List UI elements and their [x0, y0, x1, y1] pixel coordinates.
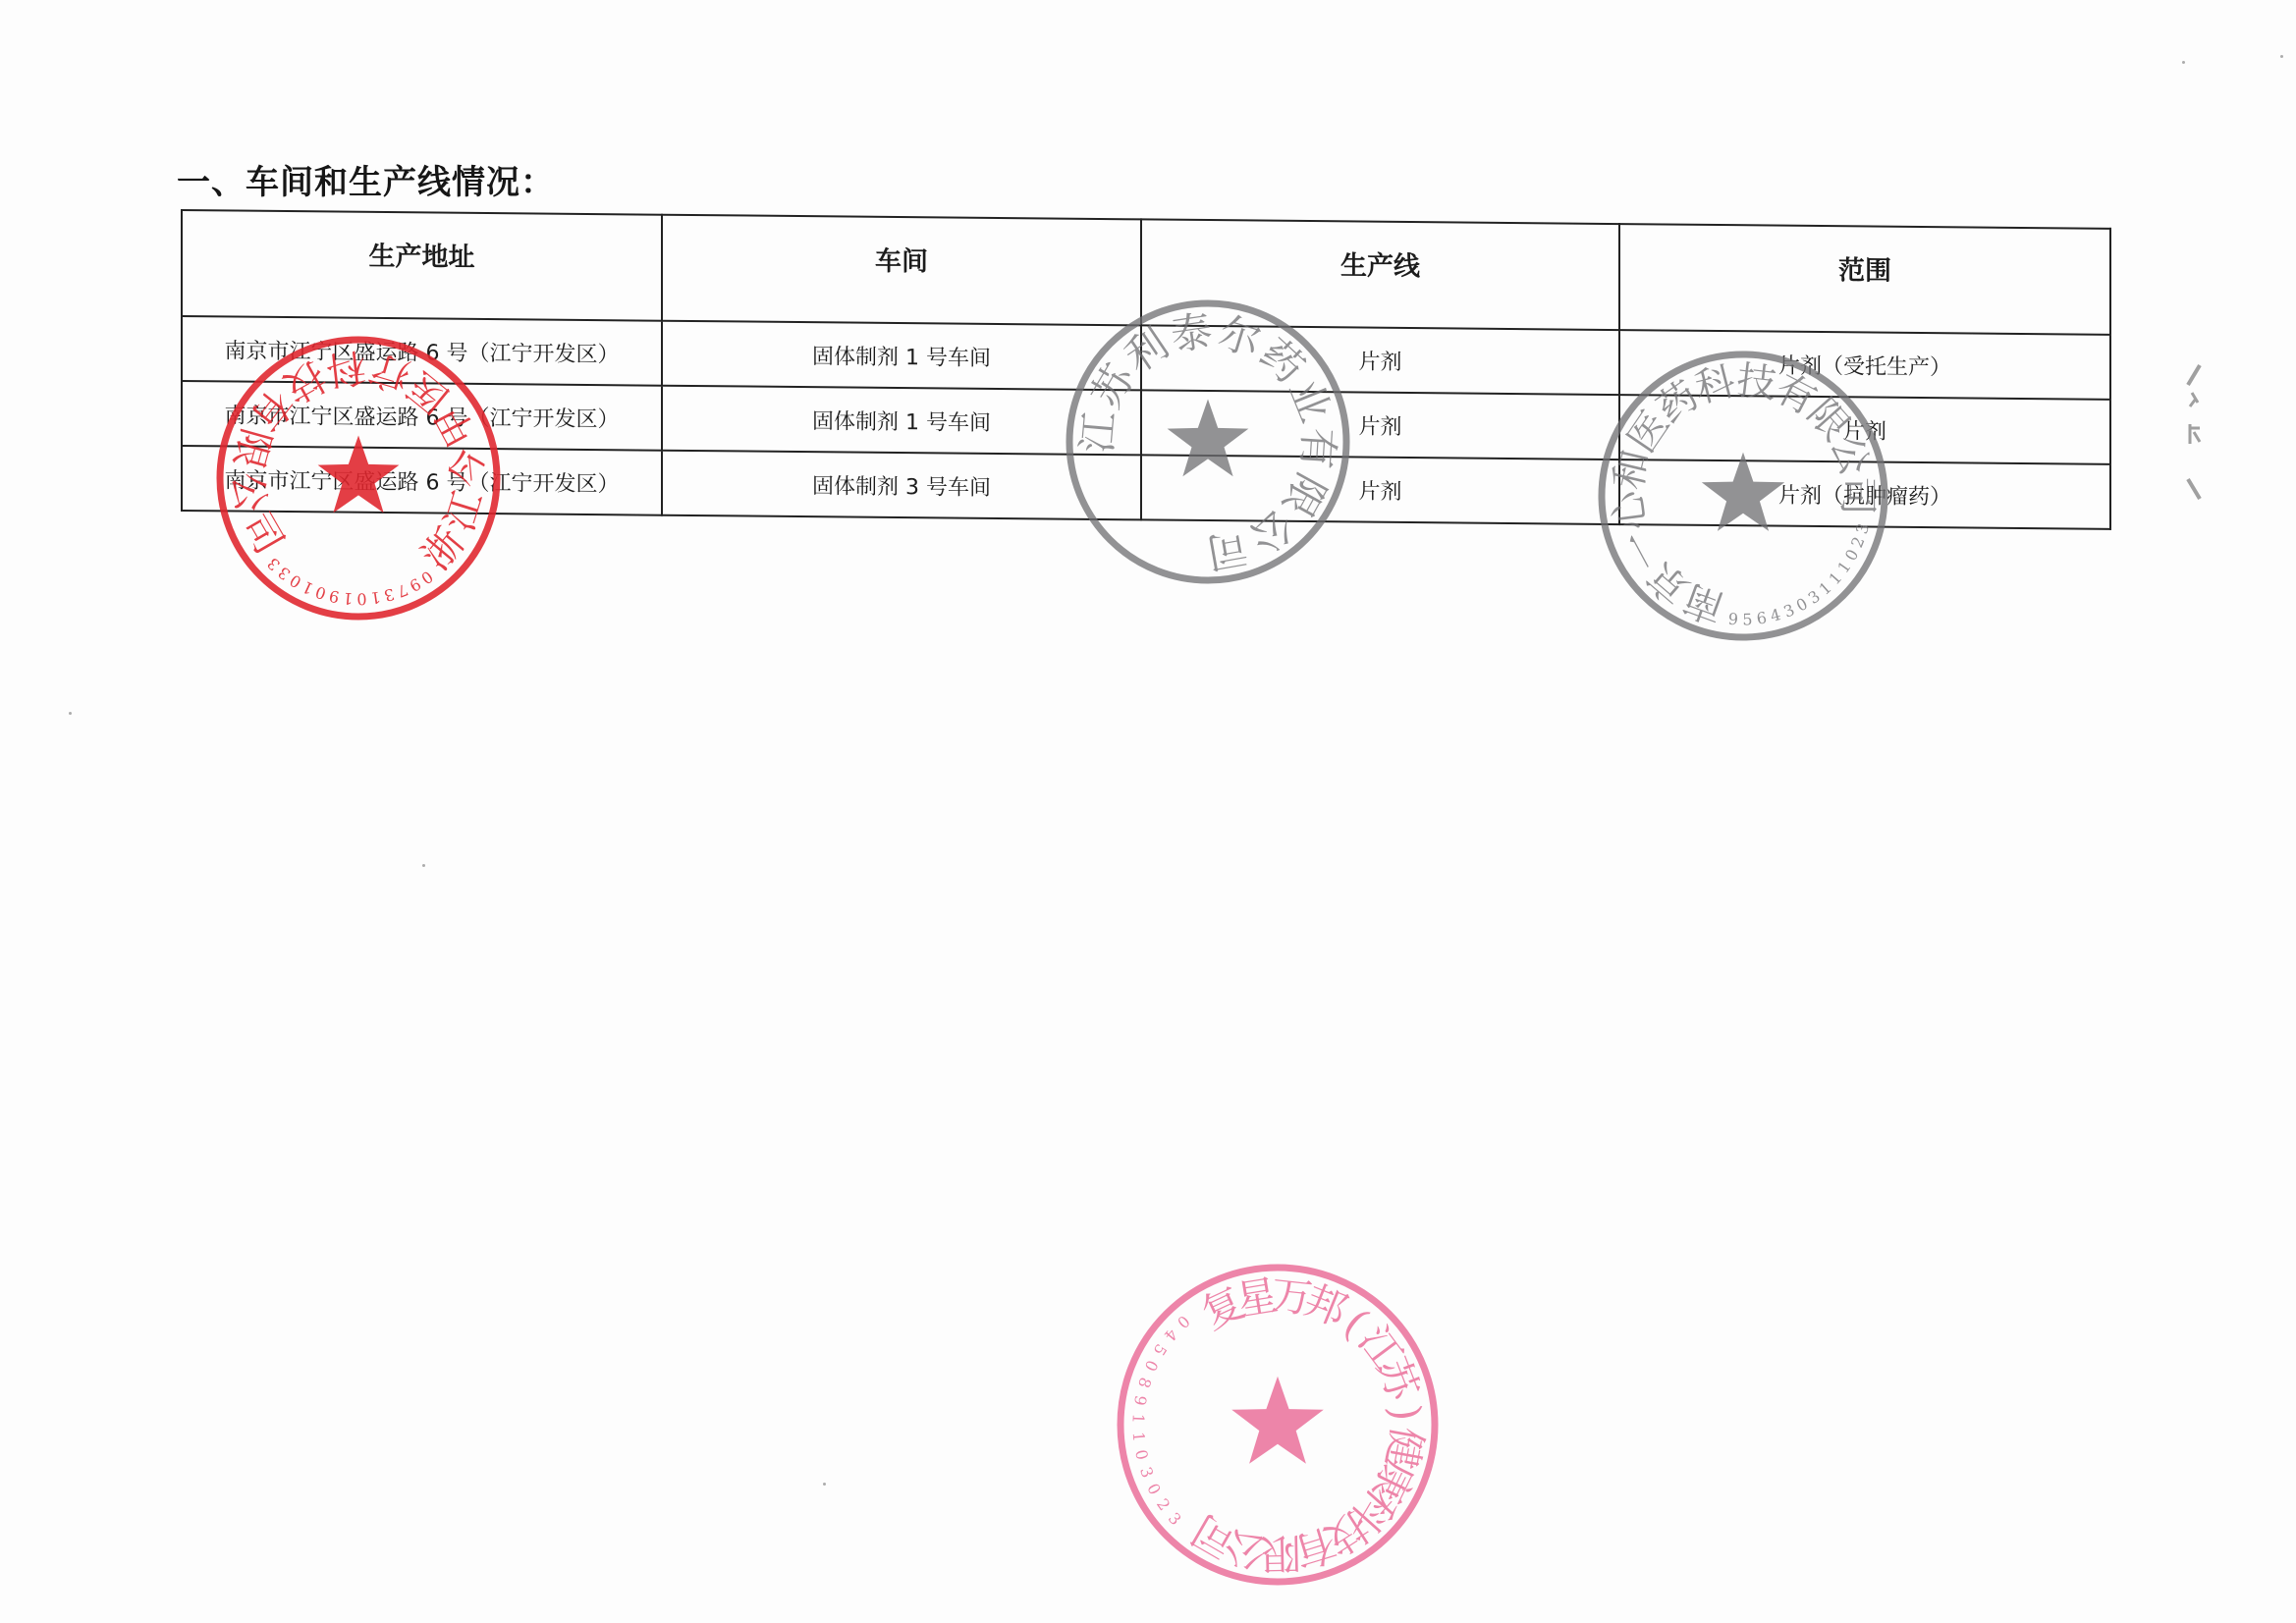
svg-text:3: 3 [274, 563, 294, 583]
svg-text:): ) [1381, 1402, 1430, 1423]
svg-text:0: 0 [356, 589, 367, 608]
svg-text:一: 一 [1613, 522, 1671, 578]
svg-text:0: 0 [1141, 1357, 1163, 1374]
cell-scope: 片剂（受托生产） [1619, 330, 2110, 400]
header-workshop: 车间 [662, 215, 1141, 326]
header-scope: 范围 [1619, 224, 2110, 335]
svg-text:0: 0 [1174, 1312, 1193, 1332]
svg-text:1: 1 [1833, 558, 1854, 576]
svg-text:1: 1 [342, 589, 354, 609]
svg-text:8: 8 [1134, 1376, 1155, 1390]
svg-text:5: 5 [1742, 610, 1753, 628]
cell-scope: 片剂（抗肿瘤药） [1619, 460, 2110, 529]
svg-text:浙: 浙 [413, 519, 473, 578]
svg-text:9: 9 [407, 574, 424, 596]
cell-workshop: 固体制剂 3 号车间 [662, 451, 1141, 520]
cell-line: 片剂 [1141, 455, 1619, 524]
header-production-address: 生产地址 [182, 210, 662, 321]
svg-text:0: 0 [1793, 594, 1811, 616]
svg-text:2: 2 [1153, 1495, 1174, 1514]
scan-speck [2182, 61, 2185, 64]
svg-text:1: 1 [1129, 1431, 1149, 1442]
svg-text:健: 健 [1377, 1423, 1432, 1472]
cell-line: 片剂 [1141, 390, 1619, 460]
svg-text:3: 3 [1805, 586, 1824, 607]
cell-address: 南京市江宁区盛运路 6 号（江宁开发区） [182, 316, 662, 386]
svg-text:1: 1 [1825, 568, 1845, 588]
svg-text:2: 2 [1847, 534, 1868, 551]
svg-text:(: ( [1336, 1299, 1378, 1347]
svg-text:3: 3 [263, 554, 284, 574]
svg-text:星: 星 [1232, 1271, 1281, 1325]
svg-text:4: 4 [1769, 605, 1783, 625]
svg-text:1: 1 [369, 588, 382, 608]
svg-text:江: 江 [1349, 1317, 1412, 1379]
svg-text:康: 康 [1362, 1452, 1423, 1510]
svg-text:司: 司 [1202, 523, 1251, 578]
svg-text:3: 3 [382, 584, 397, 605]
partial-seal-edge-mark [2182, 363, 2206, 501]
svg-text:司: 司 [1183, 1505, 1243, 1567]
svg-text:0: 0 [313, 582, 329, 603]
cell-scope: 片剂 [1619, 395, 2110, 464]
svg-text:7: 7 [395, 580, 410, 601]
svg-text:科: 科 [1342, 1479, 1406, 1542]
cell-address: 南京市江宁区盛运路 6 号（江宁开发区） [182, 446, 662, 515]
svg-text:4: 4 [1161, 1325, 1181, 1345]
svg-text:苏: 苏 [1368, 1351, 1428, 1408]
svg-text:3: 3 [1165, 1509, 1185, 1529]
svg-text:万: 万 [1269, 1271, 1315, 1323]
svg-text:3: 3 [1781, 600, 1798, 621]
svg-text:9: 9 [1130, 1394, 1150, 1407]
svg-text:0: 0 [1143, 1481, 1165, 1498]
company-seal-pink: 复星万邦(江苏)健康科技有限公司3203011980540 [1107, 1254, 1449, 1596]
svg-text:6: 6 [1755, 608, 1768, 627]
header-production-line: 生产线 [1141, 219, 1619, 330]
svg-text:技: 技 [1317, 1501, 1378, 1564]
production-line-table: 生产地址 车间 生产线 范围 南京市江宁区盛运路 6 号（江宁开发区） 固体制剂… [181, 209, 2111, 530]
svg-text:9: 9 [1727, 610, 1739, 629]
scan-speck [823, 1483, 826, 1486]
svg-text:限: 限 [1259, 1529, 1301, 1578]
svg-text:0: 0 [287, 570, 305, 592]
svg-text:司: 司 [233, 506, 292, 563]
svg-text:1: 1 [300, 577, 316, 599]
svg-text:南: 南 [1678, 575, 1730, 631]
cell-line: 片剂 [1141, 325, 1619, 395]
svg-text:1: 1 [1128, 1413, 1147, 1424]
svg-text:9: 9 [327, 586, 341, 607]
seal-ring [1121, 1268, 1435, 1582]
scan-speck [422, 864, 425, 867]
table-header-row: 生产地址 车间 生产线 范围 [182, 210, 2110, 335]
svg-text:3: 3 [1136, 1465, 1157, 1481]
svg-text:0: 0 [1841, 546, 1863, 564]
seal-star-icon [1231, 1377, 1324, 1464]
scan-speck [69, 712, 72, 715]
svg-text:邦: 邦 [1297, 1275, 1353, 1335]
svg-text:1: 1 [1816, 578, 1835, 599]
svg-text:0: 0 [1131, 1448, 1152, 1462]
cell-address: 南京市江宁区盛运路 6 号（江宁开发区） [182, 381, 662, 451]
production-table-container: 生产地址 车间 生产线 范围 南京市江宁区盛运路 6 号（江宁开发区） 固体制剂… [181, 209, 2109, 511]
cell-workshop: 固体制剂 1 号车间 [662, 321, 1141, 391]
svg-text:京: 京 [1639, 552, 1698, 612]
cell-workshop: 固体制剂 1 号车间 [662, 386, 1141, 456]
section-title: 一、车间和生产线情况： [177, 155, 555, 203]
document-page: 一、车间和生产线情况： 生产地址 车间 生产线 范围 南京市江宁区盛运路 6 号… [0, 0, 2296, 1623]
svg-text:5: 5 [1149, 1340, 1170, 1359]
scan-speck [2280, 55, 2283, 58]
svg-text:有: 有 [1288, 1519, 1342, 1577]
svg-text:0: 0 [417, 567, 436, 587]
svg-text:公: 公 [1220, 1521, 1272, 1578]
svg-text:复: 复 [1194, 1277, 1252, 1338]
